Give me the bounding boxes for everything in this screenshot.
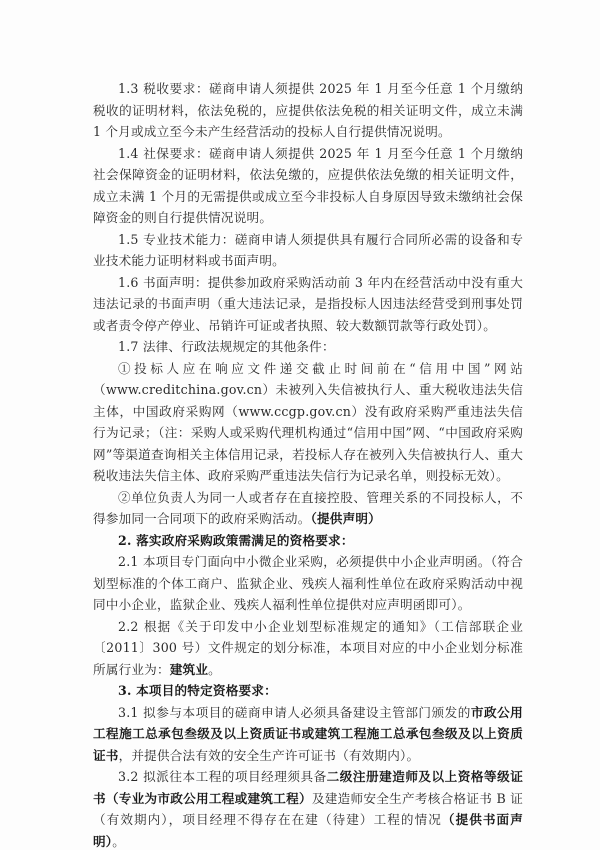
text: 3.1 拟参与本项目的磋商申请人必须具备建设主管部门颁发的 (118, 705, 471, 720)
text: ，并提供合法有效的安全生产许可证书（有效期内）。 (119, 748, 420, 763)
text: 1.6 书面声明：提供参加政府采购活动前 3 年内在经营活动中没有重大违法记录的… (93, 275, 523, 333)
section-heading-3: 3. 本项目的特定资格要求： (93, 680, 523, 702)
paragraph-2-2: 2.2 根据《关于印发中小企业划型标准规定的通知》（工信部联企业〔2011〕30… (93, 616, 523, 681)
text: 1.3 税收要求：磋商申请人须提供 2025 年 1 月至今任意 1 个月缴纳税… (93, 81, 523, 139)
paragraph-1-6: 1.6 书面声明：提供参加政府采购活动前 3 年内在经营活动中没有重大违法记录的… (93, 272, 523, 337)
text: 。 (208, 662, 221, 677)
text: 。 (112, 834, 125, 849)
text: 1.5 专业技术能力：磋商申请人须提供具有履行合同所必需的设备和专业技术能力证明… (93, 232, 523, 269)
text: ①投标人应在响应文件递交截止时间前在“信用中国”网站（www.creditchi… (93, 361, 523, 484)
document-page: 1.3 税收要求：磋商申请人须提供 2025 年 1 月至今任意 1 个月缴纳税… (93, 78, 523, 850)
text: 3.2 拟派往本工程的项目经理须具备 (118, 769, 327, 784)
paragraph-3-1: 3.1 拟参与本项目的磋商申请人必须具备建设主管部门颁发的市政公用工程施工总承包… (93, 702, 523, 767)
paragraph-1-3: 1.3 税收要求：磋商申请人须提供 2025 年 1 月至今任意 1 个月缴纳税… (93, 78, 523, 143)
bold-text: 建筑业 (170, 662, 208, 677)
paragraph-3-2: 3.2 拟派往本工程的项目经理须具备二级注册建造师及以上资格等级证书（专业为市政… (93, 766, 523, 850)
section-heading-2: 2. 落实政府采购政策需满足的资格要求： (93, 530, 523, 552)
paragraph-1-7-item-2: ②单位负责人为同一人或者存在直接控股、管理关系的不同投标人，不得参加同一合同项下… (93, 487, 523, 530)
text: 1.4 社保要求：磋商申请人须提供 2025 年 1 月至今任意 1 个月缴纳社… (93, 146, 523, 226)
text: 2.1 本项目专门面向中小微企业采购，必须提供中小企业声明函。（符合划型标准的个… (93, 554, 523, 612)
text: 1.7 法律、行政法规规定的其他条件： (118, 339, 335, 354)
paragraph-1-7: 1.7 法律、行政法规规定的其他条件： (93, 336, 523, 358)
paragraph-1-5: 1.5 专业技术能力：磋商申请人须提供具有履行合同所必需的设备和专业技术能力证明… (93, 229, 523, 272)
text: 2.2 根据《关于印发中小企业划型标准规定的通知》（工信部联企业〔2011〕30… (93, 619, 523, 677)
text: ②单位负责人为同一人或者存在直接控股、管理关系的不同投标人，不得参加同一合同项下… (93, 490, 523, 527)
heading-text: 2. 落实政府采购政策需满足的资格要求： (118, 533, 354, 548)
paragraph-1-7-item-1: ①投标人应在响应文件递交截止时间前在“信用中国”网站（www.creditchi… (93, 358, 523, 487)
heading-text: 3. 本项目的特定资格要求： (118, 683, 277, 698)
paragraph-2-1: 2.1 本项目专门面向中小微企业采购，必须提供中小企业声明函。（符合划型标准的个… (93, 551, 523, 616)
paragraph-1-4: 1.4 社保要求：磋商申请人须提供 2025 年 1 月至今任意 1 个月缴纳社… (93, 143, 523, 229)
bold-text: （提供声明） (311, 511, 381, 526)
